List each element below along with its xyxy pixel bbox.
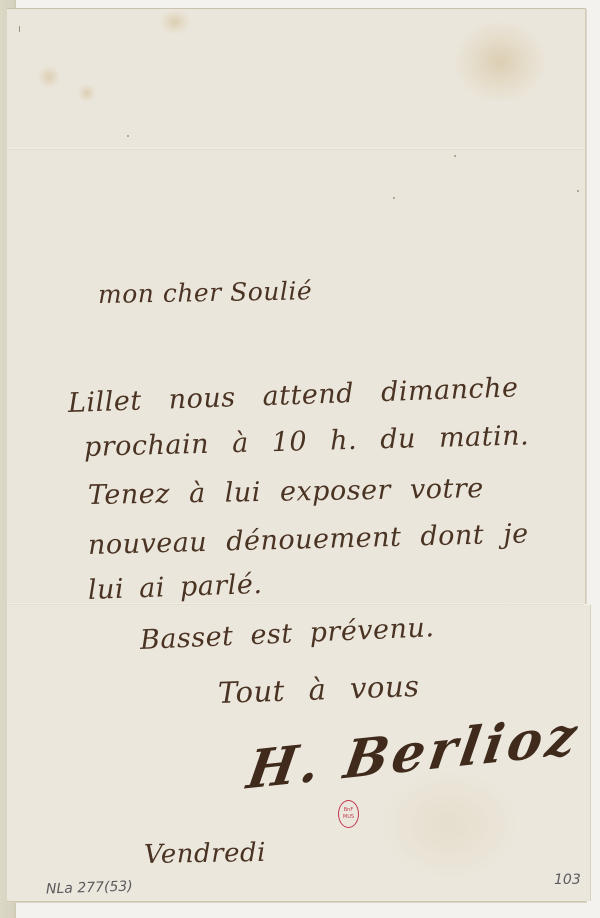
stain-small-left	[38, 66, 60, 88]
stain-small-left-2	[78, 84, 96, 102]
fold-line-upper	[8, 148, 584, 150]
ink-speck	[454, 155, 456, 157]
ink-speck	[393, 197, 395, 199]
letter-day: Vendredi	[144, 838, 266, 870]
ink-speck	[19, 26, 20, 32]
folio-number: 103	[554, 872, 581, 888]
letter-closing: Tout à vous	[217, 669, 420, 710]
ink-speck	[127, 135, 129, 137]
stain-top-edge	[160, 10, 190, 34]
shelfmark-annotation: NLa 277(53)	[46, 878, 133, 897]
stain-lower-right	[380, 770, 520, 880]
scanned-letter-page: mon cher Soulié Lillet nous attend diman…	[0, 0, 600, 918]
letter-salutation: mon cher Soulié	[98, 276, 313, 309]
stamp-line-1: BnF	[339, 807, 358, 814]
ink-speck	[577, 190, 579, 192]
library-stamp: BnF MUS	[338, 800, 359, 828]
letter-body-line-5: lui ai parlé.	[87, 569, 263, 606]
stamp-line-2: MUS	[339, 814, 358, 821]
stain-top-right	[455, 22, 545, 102]
